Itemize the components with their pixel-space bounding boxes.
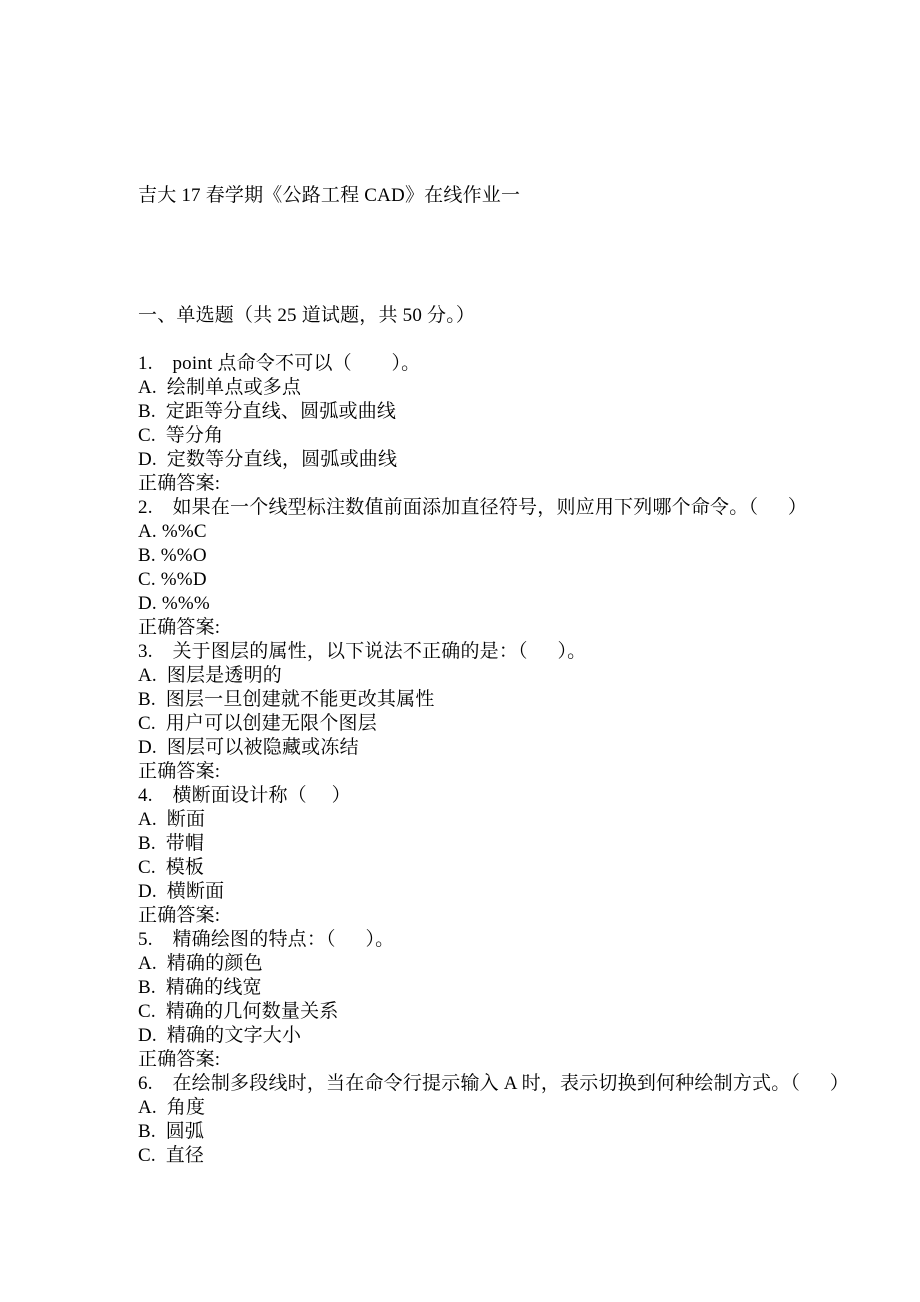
- question-stem: 1. point 点命令不可以（ ）。: [138, 352, 890, 376]
- blank-line: [138, 232, 890, 256]
- question-option: C. 直径: [138, 1144, 890, 1168]
- question-option: B. 圆弧: [138, 1120, 890, 1144]
- question-option: B. 定距等分直线、圆弧或曲线: [138, 400, 890, 424]
- question-option: D. 图层可以被隐藏或冻结: [138, 736, 890, 760]
- question-option: D. 定数等分直线，圆弧或曲线: [138, 448, 890, 472]
- question-stem: 3. 关于图层的属性，以下说法不正确的是：（ ）。: [138, 640, 890, 664]
- question-stem: 5. 精确绘图的特点：（ ）。: [138, 928, 890, 952]
- answer-label: 正确答案:: [138, 616, 890, 640]
- blank-line: [138, 208, 890, 232]
- question-option: A. 断面: [138, 808, 890, 832]
- answer-label: 正确答案:: [138, 472, 890, 496]
- question-option: C. 模板: [138, 856, 890, 880]
- question-option: C. 等分角: [138, 424, 890, 448]
- question-option: D. %%%: [138, 592, 890, 616]
- question-option: C. 用户可以创建无限个图层: [138, 712, 890, 736]
- document-content: 吉大 17 春学期《公路工程 CAD》在线作业一 一、单选题（共 25 道试题，…: [138, 184, 890, 1168]
- answer-label: 正确答案:: [138, 1048, 890, 1072]
- question-option: A. 精确的颜色: [138, 952, 890, 976]
- question-option: A. 图层是透明的: [138, 664, 890, 688]
- question-stem: 2. 如果在一个线型标注数值前面添加直径符号，则应用下列哪个命令。（ ）: [138, 496, 890, 520]
- question-option: A. 角度: [138, 1096, 890, 1120]
- answer-label: 正确答案:: [138, 904, 890, 928]
- blank-line: [138, 328, 890, 352]
- question-option: D. 精确的文字大小: [138, 1024, 890, 1048]
- question-option: B. %%O: [138, 544, 890, 568]
- question-stem: 6. 在绘制多段线时，当在命令行提示输入 A 时，表示切换到何种绘制方式。（ ）: [138, 1072, 890, 1096]
- blank-line: [138, 256, 890, 280]
- question-option: A. %%C: [138, 520, 890, 544]
- question-stem: 4. 横断面设计称（ ）: [138, 784, 890, 808]
- question-option: B. 图层一旦创建就不能更改其属性: [138, 688, 890, 712]
- question-option: B. 精确的线宽: [138, 976, 890, 1000]
- question-option: A. 绘制单点或多点: [138, 376, 890, 400]
- document-title: 吉大 17 春学期《公路工程 CAD》在线作业一: [138, 184, 890, 208]
- question-option: B. 带帽: [138, 832, 890, 856]
- document-page: 吉大 17 春学期《公路工程 CAD》在线作业一 一、单选题（共 25 道试题，…: [0, 0, 920, 1302]
- question-option: C. 精确的几何数量关系: [138, 1000, 890, 1024]
- question-option: C. %%D: [138, 568, 890, 592]
- answer-label: 正确答案:: [138, 760, 890, 784]
- section-heading: 一、单选题（共 25 道试题，共 50 分。）: [138, 304, 890, 328]
- question-option: D. 横断面: [138, 880, 890, 904]
- blank-line: [138, 280, 890, 304]
